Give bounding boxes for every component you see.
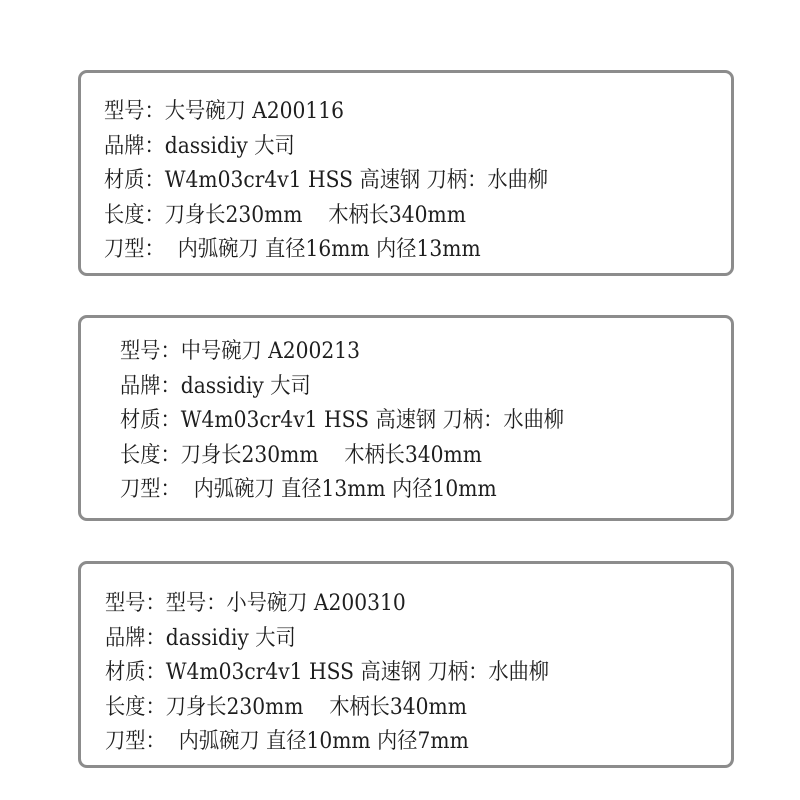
brand-label: 品牌： [104, 134, 165, 159]
spec-line-material: 材质：W4m03cr4v1 HSS 高速钢 刀柄：水曲柳 [120, 404, 564, 439]
length-value: 刀身长230mm 木柄长340mm [181, 443, 482, 468]
model-label: 型号： [105, 591, 166, 616]
spec-line-blade-type: 刀型： 内弧碗刀 直径13mm 内径10mm [120, 473, 564, 508]
blade-type-label: 刀型： [104, 237, 165, 262]
spec-line-model: 型号：中号碗刀 A200213 [120, 335, 564, 370]
blade-type-value: 内弧碗刀 直径10mm 内径7mm [166, 729, 469, 754]
length-value: 刀身长230mm 木柄长340mm [165, 203, 466, 228]
spec-card-small-bowl-gouge: 型号：型号：小号碗刀 A200310 品牌：dassidiy 大司 材质：W4m… [78, 561, 734, 768]
blade-type-label: 刀型： [120, 477, 181, 502]
spec-list: 型号：中号碗刀 A200213 品牌：dassidiy 大司 材质：W4m03c… [120, 335, 603, 508]
material-value: W4m03cr4v1 HSS 高速钢 刀柄：水曲柳 [181, 408, 564, 433]
spec-line-blade-type: 刀型： 内弧碗刀 直径10mm 内径7mm [105, 725, 549, 760]
blade-type-value: 内弧碗刀 直径13mm 内径10mm [181, 477, 497, 502]
model-value: 大号碗刀 A200116 [165, 99, 344, 124]
material-label: 材质： [105, 660, 166, 685]
material-label: 材质： [120, 408, 181, 433]
model-label: 型号： [120, 339, 181, 364]
spec-line-model: 型号：大号碗刀 A200116 [104, 95, 548, 130]
brand-label: 品牌： [120, 374, 181, 399]
blade-type-label: 刀型： [105, 729, 166, 754]
spec-card-large-bowl-gouge: 型号：大号碗刀 A200116 品牌：dassidiy 大司 材质：W4m03c… [78, 70, 734, 276]
brand-label: 品牌： [105, 626, 166, 651]
spec-line-material: 材质：W4m03cr4v1 HSS 高速钢 刀柄：水曲柳 [104, 164, 548, 199]
length-label: 长度： [104, 203, 165, 228]
spec-line-brand: 品牌：dassidiy 大司 [104, 130, 548, 165]
spec-list: 型号：大号碗刀 A200116 品牌：dassidiy 大司 材质：W4m03c… [104, 95, 587, 268]
material-value: W4m03cr4v1 HSS 高速钢 刀柄：水曲柳 [165, 168, 548, 193]
material-value: W4m03cr4v1 HSS 高速钢 刀柄：水曲柳 [166, 660, 549, 685]
spec-line-length: 长度：刀身长230mm 木柄长340mm [105, 691, 549, 726]
spec-line-model: 型号：型号：小号碗刀 A200310 [105, 587, 549, 622]
brand-value: dassidiy 大司 [165, 134, 295, 159]
spec-line-length: 长度：刀身长230mm 木柄长340mm [120, 439, 564, 474]
model-value: 中号碗刀 A200213 [181, 339, 360, 364]
spec-line-length: 长度：刀身长230mm 木柄长340mm [104, 199, 548, 234]
material-label: 材质： [104, 168, 165, 193]
length-value: 刀身长230mm 木柄长340mm [166, 695, 467, 720]
spec-list: 型号：型号：小号碗刀 A200310 品牌：dassidiy 大司 材质：W4m… [105, 587, 588, 760]
brand-value: dassidiy 大司 [181, 374, 311, 399]
spec-line-blade-type: 刀型： 内弧碗刀 直径16mm 内径13mm [104, 233, 548, 268]
spec-line-brand: 品牌：dassidiy 大司 [120, 370, 564, 405]
spec-line-material: 材质：W4m03cr4v1 HSS 高速钢 刀柄：水曲柳 [105, 656, 549, 691]
length-label: 长度： [120, 443, 181, 468]
spec-line-brand: 品牌：dassidiy 大司 [105, 622, 549, 657]
brand-value: dassidiy 大司 [166, 626, 296, 651]
spec-card-medium-bowl-gouge: 型号：中号碗刀 A200213 品牌：dassidiy 大司 材质：W4m03c… [78, 315, 734, 521]
length-label: 长度： [105, 695, 166, 720]
blade-type-value: 内弧碗刀 直径16mm 内径13mm [165, 237, 481, 262]
model-value: 型号：小号碗刀 A200310 [166, 591, 406, 616]
model-label: 型号： [104, 99, 165, 124]
